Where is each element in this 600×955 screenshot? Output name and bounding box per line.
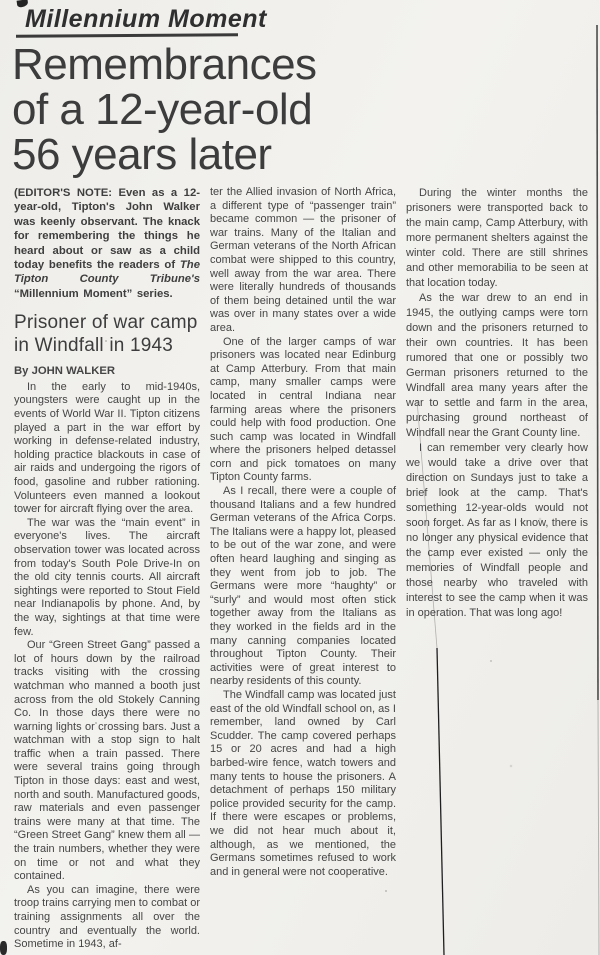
clipping-edge-line-faint [598,700,599,955]
headline: Remembrances of a 12-year-old 56 years l… [12,42,317,177]
paragraph: In the early to mid-1940s, youngsters we… [14,381,200,517]
headline-line-1: Remembrances [12,42,317,87]
column-2: ter the Allied invasion of North Africa,… [210,186,396,879]
subheadline-line-2: in Windfall in 1943 [14,334,200,357]
subheadline: Prisoner of war camp in Windfall in 1943 [14,311,200,357]
paragraph: As you can imagine, there were troop tra… [14,884,200,952]
paragraph: As I recall, there were a couple of thou… [210,485,396,689]
editors-note-text-end: “Millennium Moment” series. [14,288,173,300]
editors-note: (EDITOR'S NOTE: Even as a 12-year-old, T… [14,186,200,301]
paragraph: I can remember very clearly how we would… [406,441,588,621]
headline-line-3: 56 years later [12,132,317,177]
subheadline-line-1: Prisoner of war camp [14,311,200,334]
editors-note-text: (EDITOR'S NOTE: Even as a 12-year-old, T… [14,187,200,271]
paragraph: The war was the “main event” in everyone… [14,517,200,639]
paragraph: During the winter months the prisoners w… [406,186,588,291]
paragraph: Our “Green Street Gang” passed a lot of … [14,639,200,884]
scan-ink-mark [0,941,7,955]
byline: By JOHN WALKER [14,365,200,379]
column-1: (EDITOR'S NOTE: Even as a 12-year-old, T… [14,186,200,952]
kicker-title: Millennium Moment [25,5,267,34]
clipping-edge-line [597,25,598,700]
newspaper-page: Millennium Moment Remembrances of a 12-y… [0,0,600,955]
paragraph: One of the larger camps of war prisoners… [210,336,396,486]
column-3: During the winter months the prisoners w… [406,186,588,621]
paragraph: ter the Allied invasion of North Africa,… [210,186,396,336]
paper-crease-line [437,648,444,955]
paragraph: As the war drew to an end in 1945, the o… [406,291,588,441]
headline-line-2: of a 12-year-old [12,87,317,132]
paragraph: The Windfall camp was located just east … [210,689,396,879]
kicker-underline [16,33,238,38]
